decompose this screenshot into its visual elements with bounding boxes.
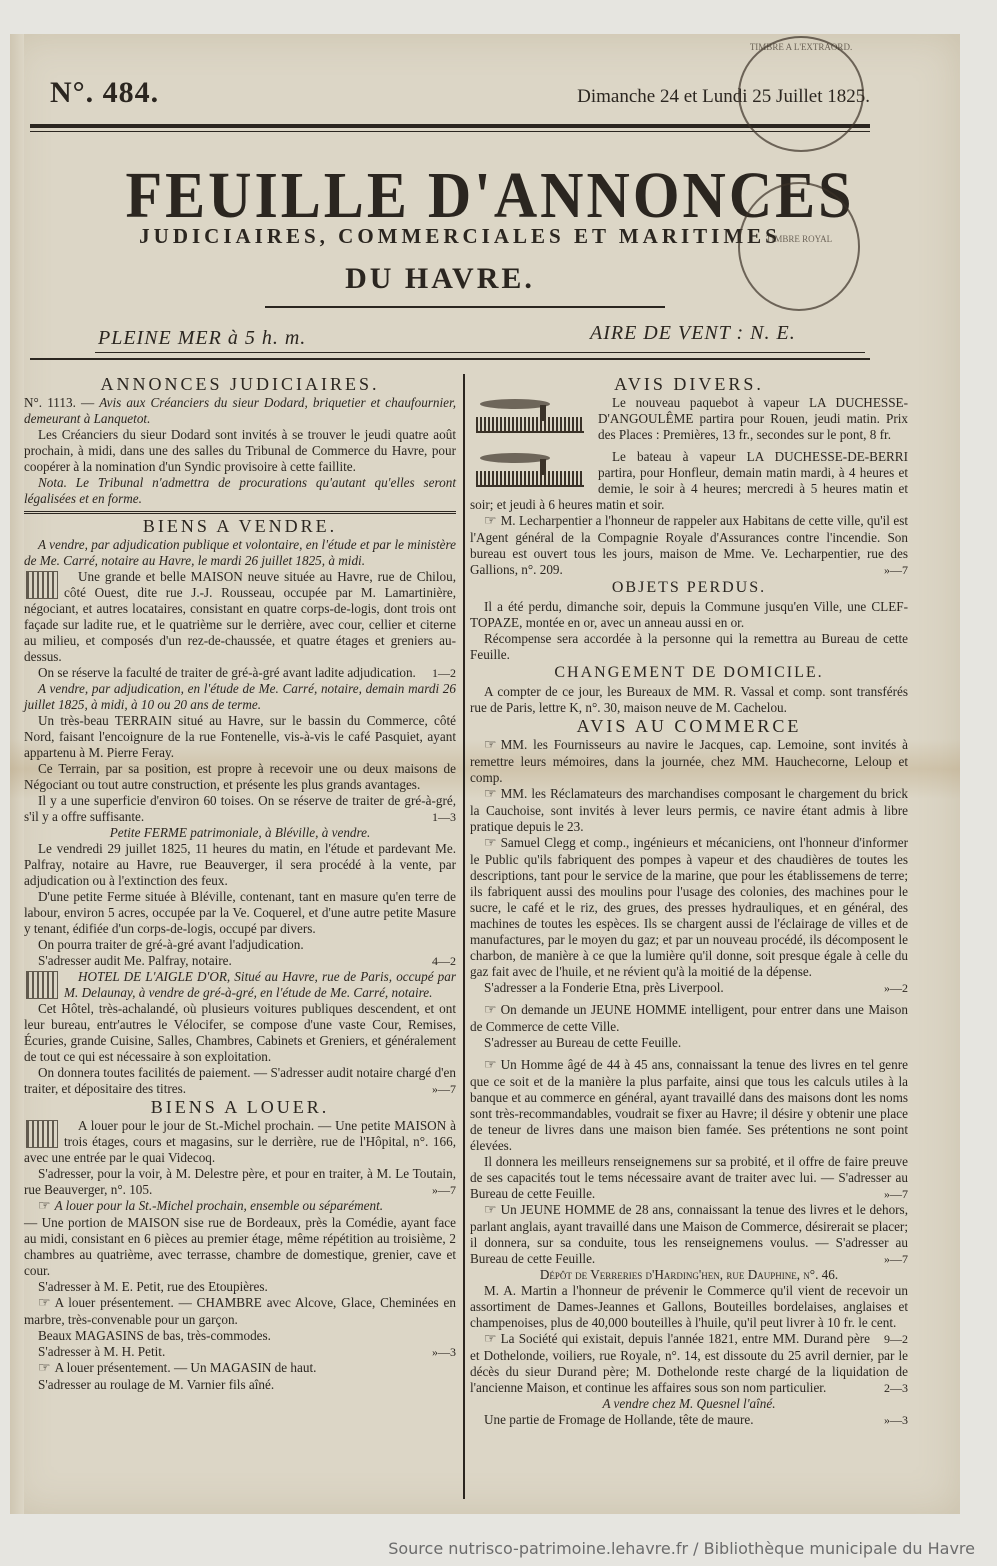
rent-chambre: ☞A louer présentement. — CHAMBRE avec Al… — [24, 1295, 456, 1328]
notice-nota: Nota. Le Tribunal n'admettra de procurat… — [24, 475, 456, 507]
sale-ferme-4: S'adresser audit Me. Palfray, notaire. 4… — [24, 953, 456, 969]
commerce-societe: ☞La Société qui existait, depuis l'année… — [470, 1331, 908, 1396]
rent-maison-contact: S'adresser, pour la voir, à M. Delestre … — [24, 1166, 456, 1198]
section-heading-commerce: AVIS AU COMMERCE — [470, 718, 908, 734]
column-divider — [463, 374, 465, 1499]
commerce-fromage: Une partie de Fromage de Hollande, tête … — [470, 1412, 908, 1428]
notice-body: Les Créanciers du sieur Dodard sont invi… — [24, 427, 456, 475]
commerce-jeune-homme-contact: S'adresser au Bureau de cette Feuille. — [470, 1035, 908, 1051]
newspaper-page: N°. 484. Dimanche 24 et Lundi 25 Juillet… — [10, 34, 960, 1514]
commerce-fournisseurs: ☞MM. les Fournisseurs au navire le Jacqu… — [470, 737, 908, 786]
left-column: ANNONCES JUDICIAIRES. N°. 1113. — Avis a… — [24, 374, 456, 1393]
sale-terrain-3: Il y a une superficie d'environ 60 toise… — [24, 793, 456, 825]
right-column: AVIS DIVERS. Le nouveau paquebot à vapeu… — [470, 374, 908, 1428]
source-credit: Source nutrisco-patrimoine.lehavre.fr / … — [388, 1539, 975, 1558]
pointing-hand-icon: ☞ — [484, 738, 497, 753]
commerce-verreries-head: Dépôt de Verreries d'Harding'hen, rue Da… — [470, 1267, 908, 1283]
house-woodcut-icon — [26, 1120, 58, 1148]
sale-terrain-intro: A vendre, par adjudication, en l'étude d… — [24, 681, 456, 713]
section-heading-judiciaires: ANNONCES JUDICIAIRES. — [24, 376, 456, 392]
rent-maison: A louer pour le jour de St.-Michel proch… — [24, 1118, 456, 1166]
insurance-notice: ☞M. Lecharpentier a l'honneur de rappele… — [470, 513, 908, 578]
title-underline — [265, 306, 665, 308]
wind-info: AIRE DE VENT : N. E. — [590, 322, 796, 345]
rent-bordeaux: — Une portion de MAISON sise rue de Bord… — [24, 1215, 456, 1279]
commerce-comptable: ☞Un Homme âgé de 44 à 45 ans, connaissan… — [470, 1057, 908, 1154]
pointing-hand-icon: ☞ — [484, 836, 497, 851]
sale-ferme-heading: Petite FERME patrimoniale, à Bléville, à… — [24, 825, 456, 841]
steamboat-angouleme: Le nouveau paquebot à vapeur LA DUCHESSE… — [470, 395, 908, 443]
pointing-hand-icon: ☞ — [38, 1199, 51, 1214]
issue-number: N°. 484. — [50, 76, 159, 110]
pointing-hand-icon: ☞ — [38, 1361, 51, 1376]
pointing-hand-icon: ☞ — [484, 1003, 497, 1018]
notice-title: N°. 1113. — Avis aux Créanciers du sieur… — [24, 395, 456, 427]
pointing-hand-icon: ☞ — [484, 1203, 497, 1218]
sale-hotel-head: HOTEL DE L'AIGLE D'OR, Situé au Havre, r… — [24, 969, 456, 1001]
pointing-hand-icon: ☞ — [484, 1058, 497, 1073]
lost-item: Il a été perdu, dimanche soir, depuis la… — [470, 599, 908, 631]
sale-maison: Une grande et belle MAISON neuve située … — [24, 569, 456, 665]
commerce-jeune-homme: ☞On demande un JEUNE HOMME intelligent, … — [470, 1002, 908, 1035]
tide-info: PLEINE MER à 5 h. m. — [98, 327, 306, 350]
section-heading-perdus: OBJETS PERDUS. — [470, 580, 908, 596]
section-heading-vendre: BIENS A VENDRE. — [24, 518, 456, 534]
commerce-comptable-2: Il donnera les meilleurs renseignemens s… — [470, 1154, 908, 1202]
section-heading-divers: AVIS DIVERS. — [470, 376, 908, 392]
steamboat-woodcut-icon — [470, 451, 590, 491]
royal-stamp-icon: TIMBRE ROYAL — [738, 182, 860, 311]
steamboat-berri: Le bateau à vapeur LA DUCHESSE-DE-BERRI … — [470, 449, 908, 513]
lost-reward: Récompense sera accordée à la personne q… — [470, 631, 908, 663]
pointing-hand-icon: ☞ — [38, 1296, 51, 1311]
pointing-hand-icon: ☞ — [484, 514, 497, 529]
sale-ferme: Le vendredi 29 juillet 1825, 11 heures d… — [24, 841, 456, 889]
section-heading-domicile: CHANGEMENT DE DOMICILE. — [470, 665, 908, 681]
rent-magasin-haut: ☞A louer présentement. — Un MAGASIN de h… — [24, 1360, 456, 1377]
commerce-reclamateurs: ☞MM. les Réclamateurs des marchandises c… — [470, 786, 908, 835]
tax-stamp-icon: TIMBRE A L'EXTRAORD. — [738, 36, 864, 152]
sale-hotel: Cet Hôtel, très-achalandé, où plusieurs … — [24, 1001, 456, 1065]
commerce-clegg-contact: S'adresser a la Fonderie Etna, près Live… — [470, 980, 908, 996]
commerce-fromage-head: A vendre chez M. Quesnel l'aîné. — [470, 1396, 908, 1412]
hotel-woodcut-icon — [26, 971, 58, 999]
rent-magasin-contact: S'adresser au roulage de M. Varnier fils… — [24, 1377, 456, 1393]
sale-terrain: Un très-beau TERRAIN situé au Havre, sur… — [24, 713, 456, 761]
commerce-verreries: M. A. Martin a l'honneur de prévenir le … — [470, 1283, 908, 1331]
sale-ferme-3: On pourra traiter de gré-à-gré avant l'a… — [24, 937, 456, 953]
header-bottom-rule — [30, 358, 870, 360]
section-heading-louer: BIENS A LOUER. — [24, 1099, 456, 1115]
sale-intro: A vendre, par adjudication publique et v… — [24, 537, 456, 569]
tide-rule — [95, 352, 865, 353]
sale-terrain-2: Ce Terrain, par sa position, est propre … — [24, 761, 456, 793]
address-change: A compter de ce jour, les Bureaux de MM.… — [470, 684, 908, 716]
commerce-jeune-homme-28: ☞Un JEUNE HOMME de 28 ans, connaissant l… — [470, 1202, 908, 1267]
sale-hotel-2: On donnera toutes facilités de paiement.… — [24, 1065, 456, 1097]
sale-ferme-2: D'une petite Ferme située à Bléville, co… — [24, 889, 456, 937]
rent-chambre-contact: S'adresser à M. H. Petit. »—3 — [24, 1344, 456, 1360]
rent-bordeaux-contact: S'adresser à M. E. Petit, rue des Etoupi… — [24, 1279, 456, 1295]
masthead-rule-thin — [30, 131, 870, 132]
house-woodcut-icon — [26, 571, 58, 599]
pointing-hand-icon: ☞ — [484, 787, 497, 802]
steamboat-woodcut-icon — [470, 397, 590, 437]
section-divider — [24, 511, 456, 514]
rent-bordeaux-intro: ☞A louer pour la St.-Michel prochain, en… — [24, 1198, 456, 1215]
commerce-clegg: ☞Samuel Clegg et comp., ingénieurs et mé… — [470, 835, 908, 980]
masthead-rule — [30, 124, 870, 128]
pointing-hand-icon: ☞ — [484, 1332, 497, 1347]
rent-magasins: Beaux MAGASINS de bas, très-commodes. — [24, 1328, 456, 1344]
sale-note: On se réserve la faculté de traiter de g… — [24, 665, 456, 681]
